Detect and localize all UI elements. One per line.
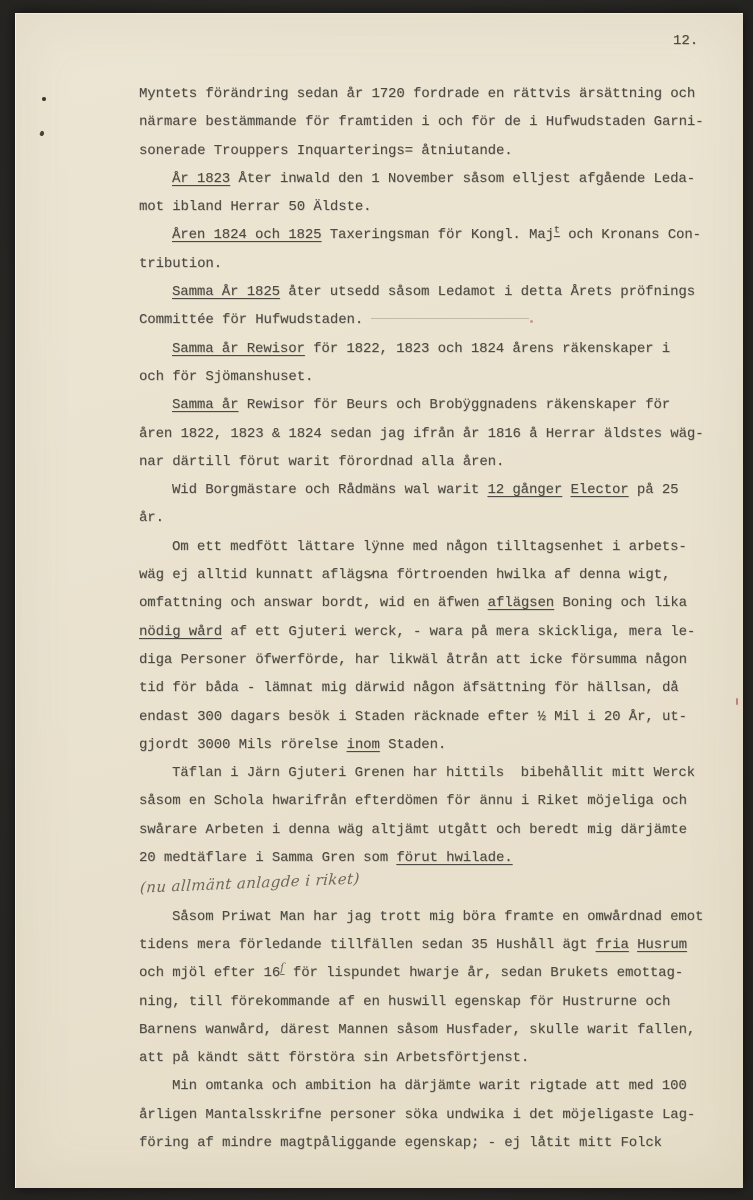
text-segment: åren 1822, 1823 & 1824 sedan jag ifrån å… [139, 426, 704, 442]
text-segment: tribution. [139, 256, 222, 272]
text-segment: Myntets förändring sedan år 1720 fordrad… [139, 86, 695, 102]
text-segment: tid för båda - lämnat mig därwid någon ä… [139, 680, 679, 696]
text-line: diga Personer öfwerförde, har likwäl åtr… [139, 646, 731, 674]
text-segment: Täflan i Järn Gjuteri Grenen har hittils… [172, 765, 695, 781]
text-segment: för 1822, 1823 och 1824 årens räkenskape… [305, 341, 670, 357]
document-text: Myntets förändring sedan år 1720 fordrad… [139, 80, 731, 1157]
text-line: År 1823 Åter inwald den 1 November såsom… [139, 165, 731, 193]
text-line: 20 medtäflare i Samma Gren som förut hwi… [139, 844, 731, 903]
text-line: endast 300 dagars besök i Staden räcknad… [139, 703, 731, 731]
text-line: att på kändt sätt förstöra sin Arbetsför… [139, 1044, 731, 1072]
text-line: år. [139, 504, 731, 532]
text-line: Såsom Priwat Man har jag trott mig böra … [139, 903, 731, 931]
text-line: Min omtanka och ambition ha därjämte war… [139, 1072, 731, 1100]
text-segment: Barnens wanwård, därest Mannen såsom Hus… [139, 1022, 695, 1038]
page-number: 12. [673, 33, 698, 49]
text-segment: Wid Borgmästare och Rådmäns wal warit [172, 482, 487, 498]
underlined-text: Åren 1824 och 1825 [172, 227, 321, 243]
text-line: årligen Mantalsskrifne personer söka und… [139, 1101, 731, 1129]
text-segment: af ett Gjuteri werck, - wara på mera ski… [222, 624, 695, 640]
text-line: Committée för Hufwudstaden. [139, 306, 731, 334]
text-line: omfattning och answar bordt, wid en äfwe… [139, 589, 731, 617]
text-line: och mjöl efter 16ſ för lispundet hwarje … [139, 959, 731, 987]
ink-speck [736, 698, 738, 705]
text-segment: tidens mera förledande tillfällen sedan … [139, 937, 596, 953]
ink-speck [42, 97, 46, 101]
text-segment: Min omtanka och ambition ha därjämte war… [172, 1078, 687, 1094]
underlined-text: nödig wård [139, 624, 222, 640]
text-segment: swårare Arbeten i denna wäg altjämt utgå… [139, 822, 687, 838]
text-segment: sonerade Trouppers Inquarterings= åtniut… [139, 143, 513, 159]
text-line: Om ett medfött lättare lÿnne med någon t… [139, 533, 731, 561]
text-segment: såsom en Schola hwarifrån efterdömen för… [139, 793, 687, 809]
underlined-text: Samma år Rewisor [172, 341, 305, 357]
text-line: Samma år Rewisor för Beurs och Brobÿggna… [139, 391, 731, 419]
text-line: såsom en Schola hwarifrån efterdömen för… [139, 787, 731, 815]
text-segment: Om ett medfött lättare lÿnne med någon t… [172, 539, 687, 555]
text-line: Täflan i Järn Gjuteri Grenen har hittils… [139, 759, 731, 787]
text-segment: wäg ej alltid kunnatt aflägs̷na förtroen… [139, 567, 670, 583]
text-line: gjordt 3000 Mils rörelse inom Staden. [139, 731, 731, 759]
handwritten-annotation: ſ [280, 961, 284, 974]
text-segment: Committée för Hufwudstaden. [139, 312, 363, 328]
document-page: 12. Myntets förändring sedan år 1720 for… [15, 13, 743, 1188]
text-line: sonerade Trouppers Inquarterings= åtniut… [139, 137, 731, 165]
handwritten-annotation: (nu allmänt anlagde i riket) [139, 865, 360, 903]
text-line: Barnens wanwård, därest Mannen såsom Hus… [139, 1016, 731, 1044]
text-line: åren 1822, 1823 & 1824 sedan jag ifrån å… [139, 420, 731, 448]
text-line: wäg ej alltid kunnatt aflägs̷na förtroen… [139, 561, 731, 589]
text-segment: att på kändt sätt förstöra sin Arbetsför… [139, 1050, 529, 1066]
text-segment: och mjöl efter 16 [139, 965, 280, 981]
text-segment: Staden. [380, 737, 446, 753]
text-segment: åter utsedd såsom Ledamot i detta Årets … [280, 284, 695, 300]
text-line: föring af mindre magtpåliggande egenskap… [139, 1129, 731, 1157]
text-segment: Taxeringsman för Kongl. Maj [321, 227, 553, 243]
underlined-text: Husrum [637, 937, 687, 953]
underlined-text: År 1823 [172, 171, 230, 187]
faint-pencil-rule [371, 318, 529, 319]
text-line: och för Sjömanshuset. [139, 363, 731, 391]
text-line: swårare Arbeten i denna wäg altjämt utgå… [139, 816, 731, 844]
text-line: Myntets förändring sedan år 1720 fordrad… [139, 80, 731, 108]
text-segment: år. [139, 510, 164, 526]
text-segment: närmare bestämmande för framtiden i och … [139, 114, 704, 130]
ink-speck [530, 320, 533, 323]
text-line: Samma år Rewisor för 1822, 1823 och 1824… [139, 335, 731, 363]
text-segment: omfattning och answar bordt, wid en äfwe… [139, 595, 488, 611]
underlined-text: Samma År 1825 [172, 284, 280, 300]
text-line: nödig wård af ett Gjuteri werck, - wara … [139, 618, 731, 646]
text-segment: föring af mindre magtpåliggande egenskap… [139, 1135, 662, 1151]
text-line: tid för båda - lämnat mig därwid någon ä… [139, 674, 731, 702]
text-segment: mot ibland Herrar 50 Äldste. [139, 199, 371, 215]
text-segment: och för Sjömanshuset. [139, 369, 313, 385]
underlined-text: inom [347, 737, 380, 753]
text-line: närmare bestämmande för framtiden i och … [139, 108, 731, 136]
text-segment: Såsom Priwat Man har jag trott mig böra … [172, 909, 703, 925]
text-line: nar därtill förut warit förordnad alla å… [139, 448, 731, 476]
underlined-text: fria [596, 937, 629, 953]
text-line: ning, till förekommande af en huswill eg… [139, 988, 731, 1016]
text-segment: diga Personer öfwerförde, har likwäl åtr… [139, 652, 687, 668]
underlined-text: 12 gånger [487, 482, 562, 498]
text-line: Åren 1824 och 1825 Taxeringsman för Kong… [139, 221, 731, 249]
text-line: mot ibland Herrar 50 Äldste. [139, 193, 731, 221]
text-line: tidens mera förledande tillfällen sedan … [139, 931, 731, 959]
underlined-text: Samma år [172, 397, 238, 413]
underlined-text: förut hwilade. [396, 850, 512, 866]
text-segment: ning, till förekommande af en huswill eg… [139, 994, 670, 1010]
text-segment: och Kronans Con- [560, 227, 701, 243]
text-line: Samma År 1825 åter utsedd såsom Ledamot … [139, 278, 731, 306]
text-line: Wid Borgmästare och Rådmäns wal warit 12… [139, 476, 731, 504]
text-segment: på 25 [629, 482, 679, 498]
text-segment: Rewisor för Beurs och Brobÿggnadens räke… [238, 397, 670, 413]
text-segment [629, 937, 637, 953]
text-segment: gjordt 3000 Mils rörelse [139, 737, 347, 753]
text-segment: Boning och lika [554, 595, 687, 611]
text-segment: för lispundet hwarje år, sedan Brukets e… [285, 965, 683, 981]
text-segment: endast 300 dagars besök i Staden räcknad… [139, 709, 687, 725]
text-segment: Åter inwald den 1 November såsom elljest… [230, 171, 695, 187]
text-segment: årligen Mantalsskrifne personer söka und… [139, 1107, 695, 1123]
underlined-text: Elector [570, 482, 628, 498]
text-line: tribution. [139, 250, 731, 278]
text-segment: nar därtill förut warit förordnad alla å… [139, 454, 504, 470]
underlined-text: aflägsen [488, 595, 554, 611]
